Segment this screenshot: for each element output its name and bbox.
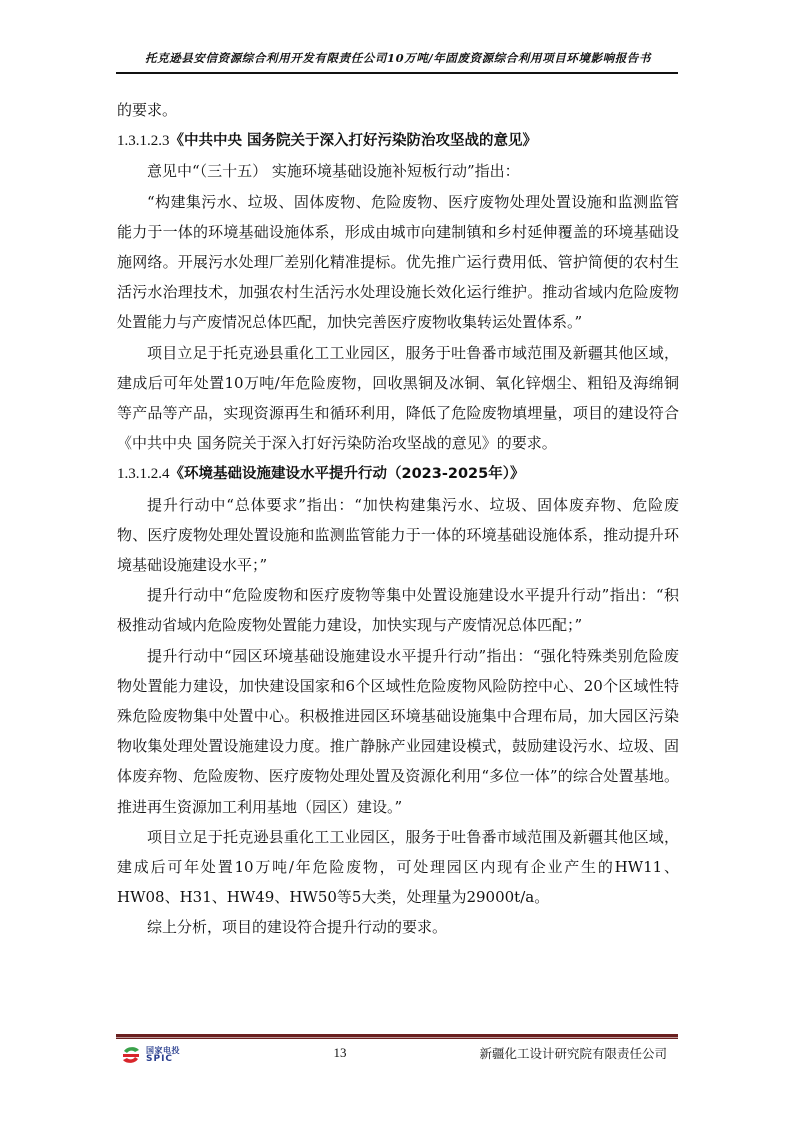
section-number: 1.3.1.2.4 (117, 466, 170, 482)
section-heading-1-3-1-2-3: 1.3.1.2.3《中共中央 国务院关于深入打好污染防治攻坚战的意见》 (117, 125, 679, 156)
logo-en-text: SPIC (146, 1054, 173, 1064)
footer-rule (116, 1034, 678, 1039)
paragraph-continuation: 的要求。 (117, 95, 679, 125)
paragraph: 提升行动中“总体要求”指出：“加快构建集污水、垃圾、固体废弃物、危险废物、医疗废… (117, 490, 679, 581)
spic-logo: 国家电投 SPIC (121, 1044, 211, 1066)
header-rule (116, 72, 678, 74)
spic-logo-icon (121, 1045, 141, 1065)
section-title: 《中共中央 国务院关于深入打好污染防治攻坚战的意见》 (170, 133, 538, 149)
running-header-title: 托克逊县安信资源综合利用开发有限责任公司10万吨/年固废资源综合利用项目环境影响… (118, 50, 678, 66)
paragraph-quote: “构建集污水、垃圾、固体废物、危险废物、医疗废物处理处置设施和监测监管能力于一体… (117, 187, 679, 338)
paragraph-conclusion: 综上分析，项目的建设符合提升行动的要求。 (117, 912, 679, 942)
paragraph: 提升行动中“危险废物和医疗废物等集中处置设施建设水平提升行动”指出：“积极推动省… (117, 580, 679, 640)
section-heading-1-3-1-2-4: 1.3.1.2.4《环境基础设施建设水平提升行动（2023-2025年）》 (117, 458, 679, 489)
paragraph: 项目立足于托克逊县重化工工业园区，服务于吐鲁番市域范围及新疆其他区域，建成后可年… (117, 822, 679, 913)
page-body: 的要求。 1.3.1.2.3《中共中央 国务院关于深入打好污染防治攻坚战的意见》… (117, 95, 679, 943)
paragraph: 意见中“（三十五） 实施环境基础设施补短板行动”指出： (117, 156, 679, 186)
footer-company-name: 新疆化工设计研究院有限责任公司 (479, 1044, 667, 1062)
paragraph: 项目立足于托克逊县重化工工业园区，服务于吐鲁番市域范围及新疆其他区域，建成后可年… (117, 338, 679, 459)
page-number: 13 (310, 1045, 370, 1061)
section-number: 1.3.1.2.3 (117, 133, 170, 149)
paragraph: 提升行动中“园区环境基础设施建设水平提升行动”指出：“强化特殊类别危险废物处置能… (117, 641, 679, 822)
section-title: 《环境基础设施建设水平提升行动（2023-2025年）》 (170, 466, 525, 482)
